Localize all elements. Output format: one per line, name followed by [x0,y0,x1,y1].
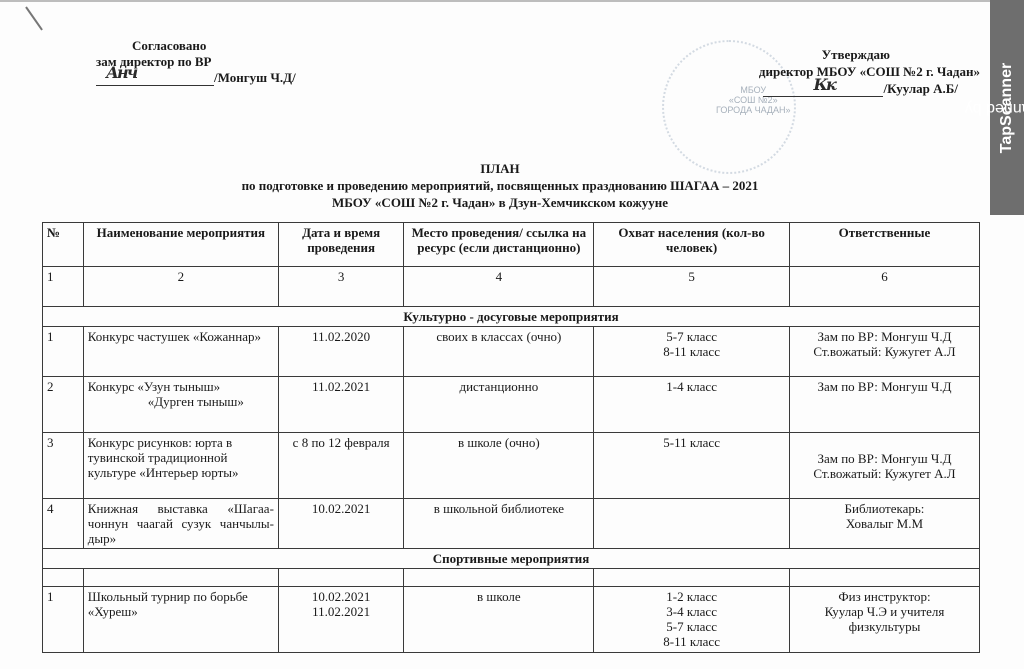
event-date: 11.02.2021 [278,377,403,433]
column-number-row: 1 2 3 4 5 6 [43,267,980,307]
empty-cell [404,569,594,587]
stamp-line: ГОРОДА ЧАДАН» [716,105,790,115]
approval-block-right: Утверждаю директор МБОУ «СОШ №2 г. Чадан… [718,46,980,97]
event-name: Конкурс частушек «Кожаннар» [83,327,278,377]
table-row: 3 Конкурс рисунков: юрта в тувинской тра… [43,433,980,499]
event-date: 11.02.2020 [278,327,403,377]
column-number: 2 [83,267,278,307]
empty-cell [43,569,84,587]
row-number: 1 [43,327,84,377]
section-row-cultural: Культурно - досуговые мероприятия [43,307,980,327]
table-row-empty [43,569,980,587]
approval-right-name: /Куулар А.Б/ [883,81,958,96]
column-number: 3 [278,267,403,307]
section-title: Культурно - досуговые мероприятия [43,307,980,327]
scanner-watermark: Scanned by TapScanner [990,0,1024,215]
column-number: 1 [43,267,84,307]
approval-left-heading: Согласовано [96,38,296,54]
event-responsible: Зам по ВР: Монгуш Ч.Д Ст.вожатый: Кужуге… [789,327,979,377]
event-place: своих в классах (очно) [404,327,594,377]
event-name: Школьный турнир по борьбе «Хуреш» [83,587,278,653]
empty-cell [594,569,790,587]
table-row: 1 Конкурс частушек «Кожаннар» 11.02.2020… [43,327,980,377]
event-name-line-2: «Дурген тыныш» [88,394,274,409]
title-line-2: по подготовке и проведению мероприятий, … [150,177,850,194]
event-place: в школе (очно) [404,433,594,499]
event-responsible: Зам по ВР: Монгуш Ч.Д Ст.вожатый: Кужуге… [789,433,979,499]
event-name: Конкурс рисунков: юрта в тувинской тради… [83,433,278,499]
plan-table: № Наименование мероприятия Дата и время … [42,222,980,653]
event-responsible: Зам по ВР: Монгуш Ч.Д [789,377,979,433]
document-title: ПЛАН по подготовке и проведению мероприя… [150,160,850,211]
column-number: 4 [404,267,594,307]
header-place: Место проведения/ ссылка на ресурс (если… [404,223,594,267]
event-date: 10.02.2021 [278,499,403,549]
row-number: 2 [43,377,84,433]
approval-left-signature-row: Анч/Монгуш Ч.Д/ [96,70,296,86]
event-coverage: 5-11 класс [594,433,790,499]
column-number: 6 [789,267,979,307]
empty-cell [789,569,979,587]
event-coverage: 1-2 класс 3-4 класс 5-7 класс 8-11 класс [594,587,790,653]
page-top-edge [0,0,1024,2]
signature-line: Анч [96,73,214,86]
event-place: дистанционно [404,377,594,433]
table-row: 1 Школьный турнир по борьбе «Хуреш» 10.0… [43,587,980,653]
event-name: Конкурс «Узун тыныш» [88,379,220,394]
column-number: 5 [594,267,790,307]
row-number: 1 [43,587,84,653]
table-row: 4 Книжная выставка «Шагаа-чоннун чаагай … [43,499,980,549]
watermark-text: Scanned by TapScanner [998,62,1016,152]
section-title: Спортивные мероприятия [43,549,980,569]
event-date: 10.02.2021 11.02.2021 [278,587,403,653]
approval-right-signature-row: Кк/Куулар А.Б/ [718,80,980,97]
event-coverage [594,499,790,549]
empty-cell [278,569,403,587]
signature-line: Кк [763,84,883,97]
header-responsible: Ответственные [789,223,979,267]
approval-right-heading: Утверждаю [718,46,980,63]
event-responsible: Физ инструктор: Куулар Ч.Э и учителя физ… [789,587,979,653]
event-name: Книжная выставка «Шагаа-чоннун чаагай су… [83,499,278,549]
event-coverage: 1-4 класс [594,377,790,433]
header-coverage: Охват населения (кол-во человек) [594,223,790,267]
header-event-name: Наименование мероприятия [83,223,278,267]
title-line-3: МБОУ «СОШ №2 г. Чадан» в Дзун-Хемчикском… [150,194,850,211]
approval-block-left: Согласовано зам директор по ВР Анч/Монгу… [96,38,296,86]
scan-artifact-mark [25,6,43,30]
event-name-cell: Конкурс «Узун тыныш» «Дурген тыныш» [83,377,278,433]
header-number: № [43,223,84,267]
event-coverage: 5-7 класс 8-11 класс [594,327,790,377]
signature-scrawl: Анч [106,65,136,81]
title-line-1: ПЛАН [150,160,850,177]
section-row-sports: Спортивные мероприятия [43,549,980,569]
table-row: 2 Конкурс «Узун тыныш» «Дурген тыныш» 11… [43,377,980,433]
header-date: Дата и время проведения [278,223,403,267]
event-place: в школьной библиотеке [404,499,594,549]
approval-right-position: директор МБОУ «СОШ №2 г. Чадан» [718,63,980,80]
empty-cell [83,569,278,587]
table-header-row: № Наименование мероприятия Дата и время … [43,223,980,267]
event-place: в школе [404,587,594,653]
event-date: с 8 по 12 февраля [278,433,403,499]
row-number: 4 [43,499,84,549]
watermark-prefix: Scanned by [965,99,1024,117]
signature-scrawl: Кк [813,76,834,93]
event-responsible: Библиотекарь: Ховалыг М.М [789,499,979,549]
row-number: 3 [43,433,84,499]
approval-left-name: /Монгуш Ч.Д/ [214,70,296,85]
